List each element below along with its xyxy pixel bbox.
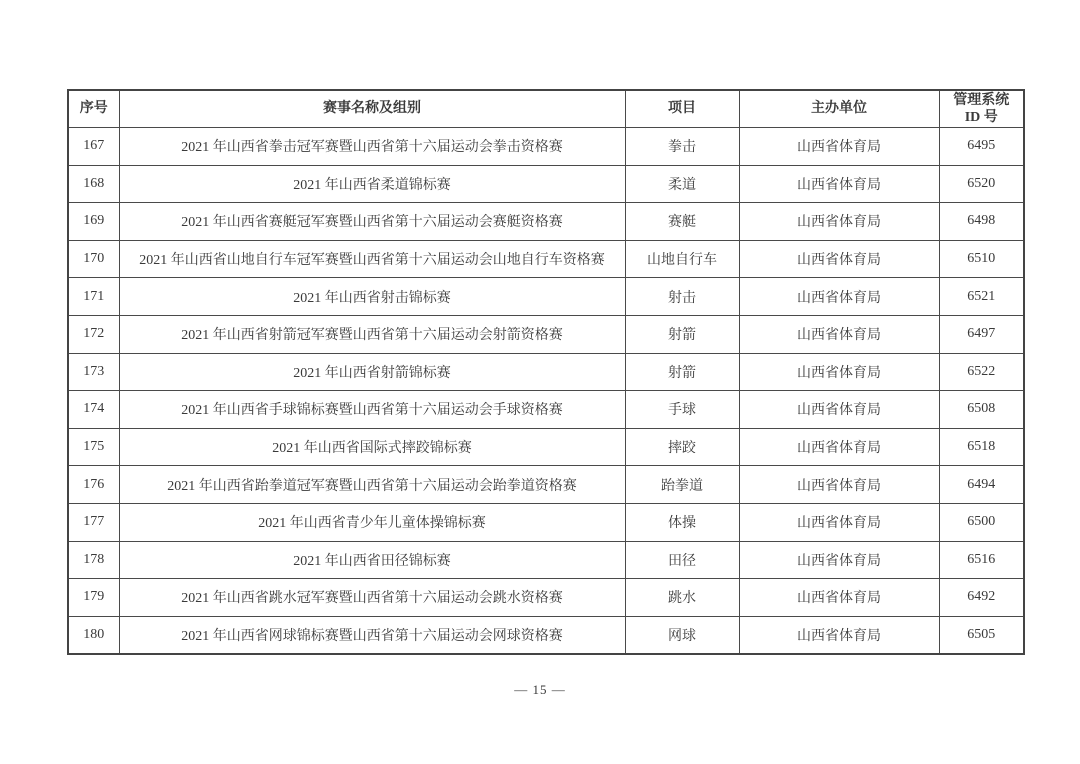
col-header-no: 序号 — [68, 90, 119, 128]
col-header-organizer: 主办单位 — [739, 90, 939, 128]
cell-event-name: 2021 年山西省赛艇冠军赛暨山西省第十六届运动会赛艇资格赛 — [119, 203, 625, 241]
cell-system-id: 6500 — [939, 503, 1024, 541]
cell-sport: 手球 — [625, 391, 739, 429]
cell-no: 173 — [68, 353, 119, 391]
cell-system-id: 6508 — [939, 391, 1024, 429]
cell-no: 177 — [68, 503, 119, 541]
cell-system-id: 6521 — [939, 278, 1024, 316]
cell-system-id: 6495 — [939, 128, 1024, 166]
col-header-sport: 项目 — [625, 90, 739, 128]
cell-sport: 拳击 — [625, 128, 739, 166]
cell-organizer: 山西省体育局 — [739, 579, 939, 617]
cell-event-name: 2021 年山西省青少年儿童体操锦标赛 — [119, 503, 625, 541]
cell-event-name: 2021 年山西省射击锦标赛 — [119, 278, 625, 316]
cell-organizer: 山西省体育局 — [739, 616, 939, 654]
cell-event-name: 2021 年山西省手球锦标赛暨山西省第十六届运动会手球资格赛 — [119, 391, 625, 429]
cell-system-id: 6505 — [939, 616, 1024, 654]
cell-event-name: 2021 年山西省拳击冠军赛暨山西省第十六届运动会拳击资格赛 — [119, 128, 625, 166]
col-header-event-name: 赛事名称及组别 — [119, 90, 625, 128]
cell-event-name: 2021 年山西省射箭冠军赛暨山西省第十六届运动会射箭资格赛 — [119, 315, 625, 353]
cell-no: 170 — [68, 240, 119, 278]
cell-sport: 山地自行车 — [625, 240, 739, 278]
table-row: 174 2021 年山西省手球锦标赛暨山西省第十六届运动会手球资格赛 手球 山西… — [68, 391, 1024, 429]
cell-sport: 跳水 — [625, 579, 739, 617]
table-row: 178 2021 年山西省田径锦标赛 田径 山西省体育局 6516 — [68, 541, 1024, 579]
table-row: 173 2021 年山西省射箭锦标赛 射箭 山西省体育局 6522 — [68, 353, 1024, 391]
cell-no: 179 — [68, 579, 119, 617]
cell-sport: 体操 — [625, 503, 739, 541]
cell-organizer: 山西省体育局 — [739, 165, 939, 203]
table-row: 175 2021 年山西省国际式摔跤锦标赛 摔跤 山西省体育局 6518 — [68, 428, 1024, 466]
cell-system-id: 6520 — [939, 165, 1024, 203]
cell-sport: 摔跤 — [625, 428, 739, 466]
cell-sport: 网球 — [625, 616, 739, 654]
cell-event-name: 2021 年山西省跆拳道冠军赛暨山西省第十六届运动会跆拳道资格赛 — [119, 466, 625, 504]
cell-sport: 射箭 — [625, 353, 739, 391]
cell-event-name: 2021 年山西省柔道锦标赛 — [119, 165, 625, 203]
cell-no: 169 — [68, 203, 119, 241]
cell-organizer: 山西省体育局 — [739, 466, 939, 504]
cell-event-name: 2021 年山西省国际式摔跤锦标赛 — [119, 428, 625, 466]
cell-no: 180 — [68, 616, 119, 654]
events-table: 序号 赛事名称及组别 项目 主办单位 管理系统 ID 号 167 2021 年山… — [67, 89, 1025, 655]
cell-no: 174 — [68, 391, 119, 429]
header-row: 序号 赛事名称及组别 项目 主办单位 管理系统 ID 号 — [68, 90, 1024, 128]
cell-organizer: 山西省体育局 — [739, 240, 939, 278]
cell-organizer: 山西省体育局 — [739, 353, 939, 391]
cell-system-id: 6516 — [939, 541, 1024, 579]
cell-sport: 跆拳道 — [625, 466, 739, 504]
cell-organizer: 山西省体育局 — [739, 203, 939, 241]
cell-system-id: 6518 — [939, 428, 1024, 466]
cell-no: 167 — [68, 128, 119, 166]
cell-no: 175 — [68, 428, 119, 466]
table-row: 168 2021 年山西省柔道锦标赛 柔道 山西省体育局 6520 — [68, 165, 1024, 203]
cell-sport: 射箭 — [625, 315, 739, 353]
table-row: 177 2021 年山西省青少年儿童体操锦标赛 体操 山西省体育局 6500 — [68, 503, 1024, 541]
table-row: 171 2021 年山西省射击锦标赛 射击 山西省体育局 6521 — [68, 278, 1024, 316]
cell-system-id: 6497 — [939, 315, 1024, 353]
cell-system-id: 6510 — [939, 240, 1024, 278]
cell-organizer: 山西省体育局 — [739, 278, 939, 316]
cell-no: 176 — [68, 466, 119, 504]
cell-sport: 射击 — [625, 278, 739, 316]
table-row: 180 2021 年山西省网球锦标赛暨山西省第十六届运动会网球资格赛 网球 山西… — [68, 616, 1024, 654]
cell-organizer: 山西省体育局 — [739, 391, 939, 429]
cell-sport: 柔道 — [625, 165, 739, 203]
cell-organizer: 山西省体育局 — [739, 541, 939, 579]
cell-system-id: 6522 — [939, 353, 1024, 391]
document-page: 序号 赛事名称及组别 项目 主办单位 管理系统 ID 号 167 2021 年山… — [0, 0, 1080, 764]
cell-system-id: 6492 — [939, 579, 1024, 617]
table-row: 170 2021 年山西省山地自行车冠军赛暨山西省第十六届运动会山地自行车资格赛… — [68, 240, 1024, 278]
cell-sport: 赛艇 — [625, 203, 739, 241]
cell-event-name: 2021 年山西省跳水冠军赛暨山西省第十六届运动会跳水资格赛 — [119, 579, 625, 617]
cell-system-id: 6498 — [939, 203, 1024, 241]
table-row: 176 2021 年山西省跆拳道冠军赛暨山西省第十六届运动会跆拳道资格赛 跆拳道… — [68, 466, 1024, 504]
cell-no: 171 — [68, 278, 119, 316]
table-row: 179 2021 年山西省跳水冠军赛暨山西省第十六届运动会跳水资格赛 跳水 山西… — [68, 579, 1024, 617]
table-row: 167 2021 年山西省拳击冠军赛暨山西省第十六届运动会拳击资格赛 拳击 山西… — [68, 128, 1024, 166]
cell-event-name: 2021 年山西省田径锦标赛 — [119, 541, 625, 579]
cell-organizer: 山西省体育局 — [739, 503, 939, 541]
cell-no: 178 — [68, 541, 119, 579]
cell-event-name: 2021 年山西省射箭锦标赛 — [119, 353, 625, 391]
table-row: 169 2021 年山西省赛艇冠军赛暨山西省第十六届运动会赛艇资格赛 赛艇 山西… — [68, 203, 1024, 241]
cell-organizer: 山西省体育局 — [739, 128, 939, 166]
cell-system-id: 6494 — [939, 466, 1024, 504]
cell-no: 172 — [68, 315, 119, 353]
page-number: — 15 — — [0, 682, 1080, 698]
col-header-system-id: 管理系统 ID 号 — [939, 90, 1024, 128]
cell-organizer: 山西省体育局 — [739, 428, 939, 466]
table-row: 172 2021 年山西省射箭冠军赛暨山西省第十六届运动会射箭资格赛 射箭 山西… — [68, 315, 1024, 353]
cell-event-name: 2021 年山西省网球锦标赛暨山西省第十六届运动会网球资格赛 — [119, 616, 625, 654]
cell-no: 168 — [68, 165, 119, 203]
cell-sport: 田径 — [625, 541, 739, 579]
cell-event-name: 2021 年山西省山地自行车冠军赛暨山西省第十六届运动会山地自行车资格赛 — [119, 240, 625, 278]
cell-organizer: 山西省体育局 — [739, 315, 939, 353]
